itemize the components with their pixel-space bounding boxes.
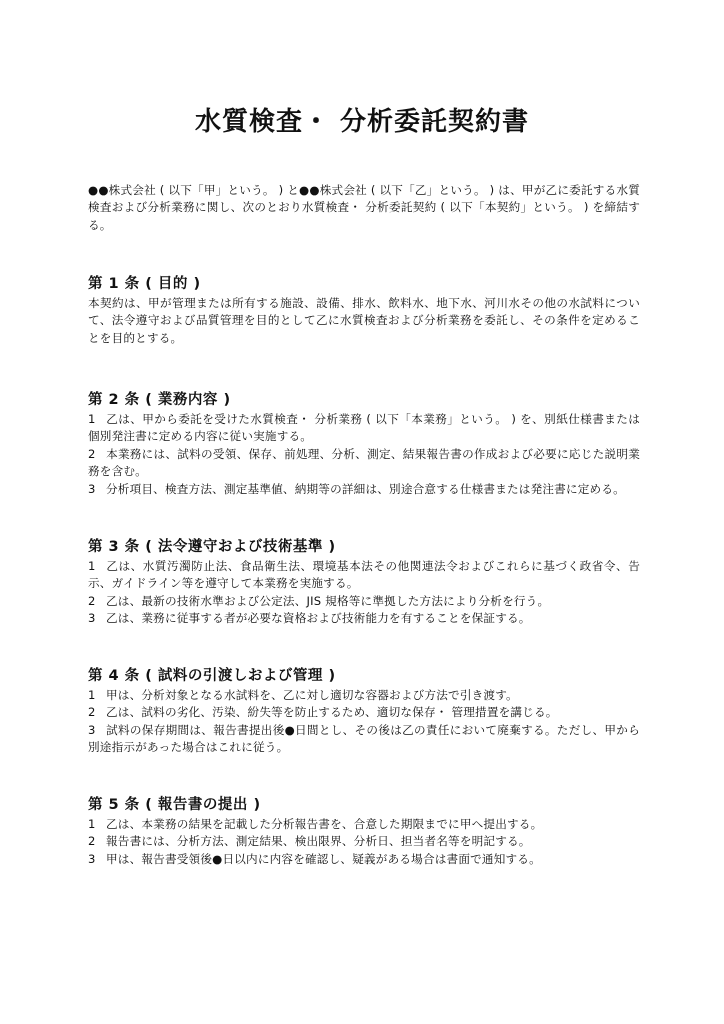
document-page: 水質検査・ 分析委託契約書 ●●株式会社 ( 以下「甲」という。 ) と●●株式…: [0, 0, 724, 1024]
item-text: 甲は、報告書受領後●日以内に内容を確認し、疑義がある場合は書面で通知する。: [106, 852, 541, 866]
item-number: 2: [88, 833, 106, 850]
article-heading: 第 3 条 ( 法令遵守および技術基準 ): [88, 537, 640, 557]
item-text: 試料の保存期間は、報告書提出後●日間とし、その後は乙の責任において廃棄する。ただ…: [88, 723, 640, 754]
item-text: 乙は、本業務の結果を記載した分析報告書を、合意した期限までに甲へ提出する。: [106, 817, 542, 831]
article-heading: 第 2 条 ( 業務内容 ): [88, 390, 640, 410]
preamble-text: ●●株式会社 ( 以下「甲」という。 ) と●●株式会社 ( 以下「乙」という。…: [88, 182, 640, 234]
article-1: 第 1 条 ( 目的 ) 本契約は、甲が管理または所有する施設、設備、排水、飲料…: [88, 274, 640, 347]
article-item: 1乙は、水質汚濁防止法、食品衛生法、環境基本法その他関連法令およびこれらに基づく…: [88, 558, 640, 593]
article-2: 第 2 条 ( 業務内容 ) 1乙は、甲から委託を受けた水質検査・ 分析業務 (…: [88, 390, 640, 498]
item-text: 乙は、試料の劣化、汚染、紛失等を防止するため、適切な保存・ 管理措置を講じる。: [106, 705, 558, 719]
item-text: 本業務には、試料の受領、保存、前処理、分析、測定、結果報告書の作成および必要に応…: [88, 447, 640, 478]
article-item: 1甲は、分析対象となる水試料を、乙に対し適切な容器および方法で引き渡す。: [88, 687, 640, 704]
item-number: 3: [88, 851, 106, 868]
article-item: 2報告書には、分析方法、測定結果、検出限界、分析日、担当者名等を明記する。: [88, 833, 640, 850]
item-number: 1: [88, 411, 106, 428]
item-number: 2: [88, 446, 106, 463]
item-number: 1: [88, 687, 106, 704]
article-item: 2本業務には、試料の受領、保存、前処理、分析、測定、結果報告書の作成および必要に…: [88, 446, 640, 481]
item-text: 甲は、分析対象となる水試料を、乙に対し適切な容器および方法で引き渡す。: [106, 688, 518, 702]
article-item: 3乙は、業務に従事する者が必要な資格および技術能力を有することを保証する。: [88, 610, 640, 627]
article-item: 3甲は、報告書受領後●日以内に内容を確認し、疑義がある場合は書面で通知する。: [88, 851, 640, 868]
item-number: 3: [88, 722, 106, 739]
article-item: 2乙は、最新の技術水準および公定法、JIS 規格等に準拠した方法により分析を行う…: [88, 593, 640, 610]
article-item: 3試料の保存期間は、報告書提出後●日間とし、その後は乙の責任において廃棄する。た…: [88, 722, 640, 757]
item-text: 分析項目、検査方法、測定基準値、納期等の詳細は、別途合意する仕様書または発注書に…: [106, 482, 625, 496]
article-item: 3分析項目、検査方法、測定基準値、納期等の詳細は、別途合意する仕様書または発注書…: [88, 481, 640, 498]
article-item: 1乙は、甲から委託を受けた水質検査・ 分析業務 ( 以下「本業務」という。 ) …: [88, 411, 640, 446]
item-text: 報告書には、分析方法、測定結果、検出限界、分析日、担当者名等を明記する。: [106, 834, 531, 848]
item-number: 1: [88, 558, 106, 575]
article-3: 第 3 条 ( 法令遵守および技術基準 ) 1乙は、水質汚濁防止法、食品衛生法、…: [88, 537, 640, 628]
article-body: 本契約は、甲が管理または所有する施設、設備、排水、飲料水、地下水、河川水その他の…: [88, 295, 640, 347]
item-number: 3: [88, 610, 106, 627]
article-heading: 第 1 条 ( 目的 ): [88, 274, 640, 294]
document-title: 水質検査・ 分析委託契約書: [0, 104, 724, 140]
item-number: 2: [88, 704, 106, 721]
item-text: 乙は、業務に従事する者が必要な資格および技術能力を有することを保証する。: [106, 611, 531, 625]
item-number: 2: [88, 593, 106, 610]
item-text: 乙は、甲から委託を受けた水質検査・ 分析業務 ( 以下「本業務」という。 ) を…: [88, 412, 640, 443]
article-item: 1乙は、本業務の結果を記載した分析報告書を、合意した期限までに甲へ提出する。: [88, 816, 640, 833]
article-heading: 第 5 条 ( 報告書の提出 ): [88, 795, 640, 815]
item-number: 1: [88, 816, 106, 833]
article-4: 第 4 条 ( 試料の引渡しおよび管理 ) 1甲は、分析対象となる水試料を、乙に…: [88, 666, 640, 757]
article-item: 2乙は、試料の劣化、汚染、紛失等を防止するため、適切な保存・ 管理措置を講じる。: [88, 704, 640, 721]
preamble: ●●株式会社 ( 以下「甲」という。 ) と●●株式会社 ( 以下「乙」という。…: [88, 182, 640, 234]
item-text: 乙は、水質汚濁防止法、食品衛生法、環境基本法その他関連法令およびこれらに基づく政…: [88, 559, 640, 590]
item-text: 乙は、最新の技術水準および公定法、JIS 規格等に準拠した方法により分析を行う。: [106, 594, 549, 608]
article-5: 第 5 条 ( 報告書の提出 ) 1乙は、本業務の結果を記載した分析報告書を、合…: [88, 795, 640, 868]
item-number: 3: [88, 481, 106, 498]
article-heading: 第 4 条 ( 試料の引渡しおよび管理 ): [88, 666, 640, 686]
